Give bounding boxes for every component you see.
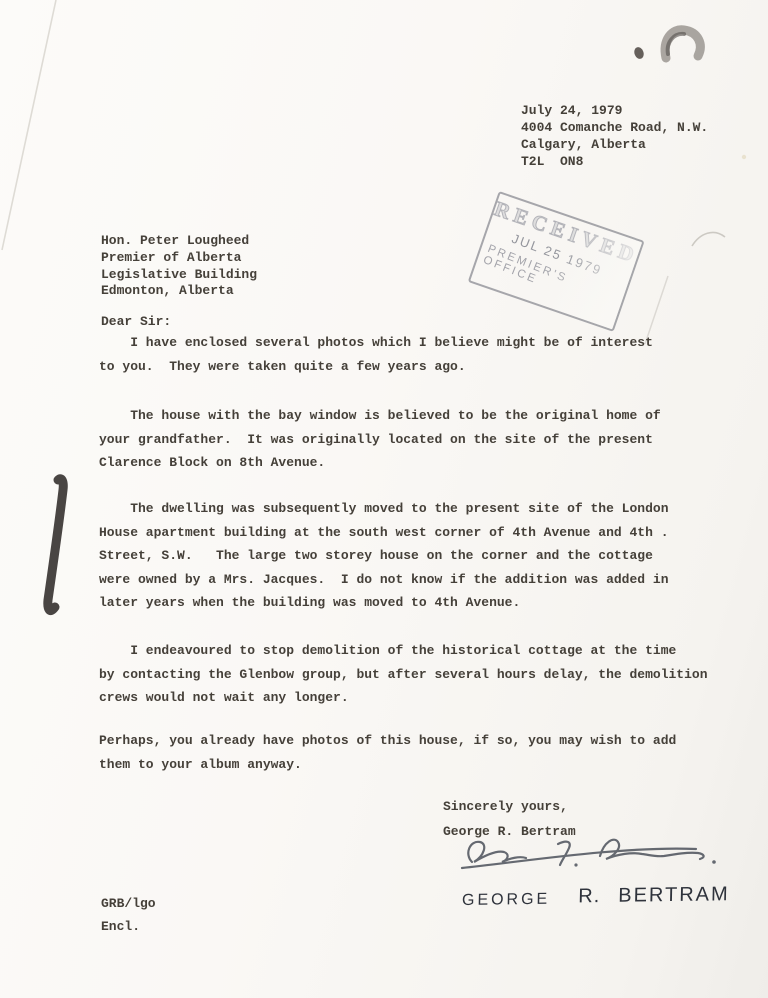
body-line: to you. They were taken quite a few year… (99, 355, 719, 379)
signature-scrawl (450, 832, 725, 880)
body-paragraph: Perhaps, you already have photos of this… (99, 729, 719, 776)
handwritten-first-name: GEORGE (462, 891, 551, 910)
sender-street: 4004 Comanche Road, N.W. (521, 119, 708, 136)
body-line: I endeavoured to stop demolition of the … (99, 639, 719, 663)
body-paragraph: The dwelling was subsequently moved to t… (99, 497, 719, 615)
recipient-block: Hon. Peter Lougheed Premier of Alberta L… (101, 233, 257, 300)
enclosure-note: Encl. (101, 915, 156, 938)
body-paragraph: I endeavoured to stop demolition of the … (99, 639, 719, 710)
signature-period (712, 860, 716, 864)
body-line: Clarence Block on 8th Avenue. (99, 451, 719, 475)
body-paragraph: The house with the bay window is believe… (99, 404, 719, 475)
stamp-date-text: JUL 25 1979 (510, 231, 631, 288)
reference-block: GRB/lgo Encl. (101, 892, 156, 938)
sender-city: Calgary, Alberta (521, 136, 708, 153)
body-line: Street, S.W. The large two storey house … (99, 544, 719, 568)
sender-date-block: July 24, 1979 4004 Comanche Road, N.W. C… (521, 102, 708, 170)
signature-middle-initial (558, 842, 570, 865)
body-line: them to your album anyway. (99, 753, 719, 777)
body-line: by contacting the Glenbow group, but aft… (99, 663, 719, 687)
body-line: your grandfather. It was originally loca… (99, 428, 719, 452)
reference-initials: GRB/lgo (101, 892, 156, 915)
scanned-letter-page: July 24, 1979 4004 Comanche Road, N.W. C… (0, 0, 768, 998)
body-line: The house with the bay window is believe… (99, 404, 719, 428)
body-line: I have enclosed several photos which I b… (99, 331, 719, 355)
body-line: Perhaps, you already have photos of this… (99, 729, 719, 753)
date-line: July 24, 1979 (521, 102, 708, 119)
signature-middle-period (574, 863, 577, 866)
handwritten-last-name: BERTRAM (618, 883, 730, 908)
closing-phrase: Sincerely yours, (443, 795, 568, 819)
handwritten-name: GEORGE R. BERTRAM (462, 883, 742, 910)
handwritten-middle-initial: R. (578, 885, 600, 908)
body-line: The dwelling was subsequently moved to t… (99, 497, 719, 521)
body-line: later years when the building was moved … (99, 591, 719, 615)
stamp-office-text: PREMIER'S OFFICE (481, 243, 624, 318)
signature-first-name (468, 842, 526, 862)
stamp-received-text: RECEIVED (491, 196, 641, 268)
recipient-title: Premier of Alberta (101, 250, 257, 267)
sender-postal-code: T2L ON8 (521, 153, 708, 170)
recipient-name: Hon. Peter Lougheed (101, 233, 257, 250)
body-line: crews would not wait any longer. (99, 686, 719, 710)
recipient-building: Legislative Building (101, 267, 257, 284)
body-paragraph: I have enclosed several photos which I b… (99, 331, 719, 378)
received-stamp: RECEIVED JUL 25 1979 PREMIER'S OFFICE (468, 191, 645, 332)
body-line: were owned by a Mrs. Jacques. I do not k… (99, 568, 719, 592)
letter-text-layer: July 24, 1979 4004 Comanche Road, N.W. C… (0, 0, 768, 998)
body-line: House apartment building at the south we… (99, 521, 719, 545)
recipient-city: Edmonton, Alberta (101, 283, 257, 300)
